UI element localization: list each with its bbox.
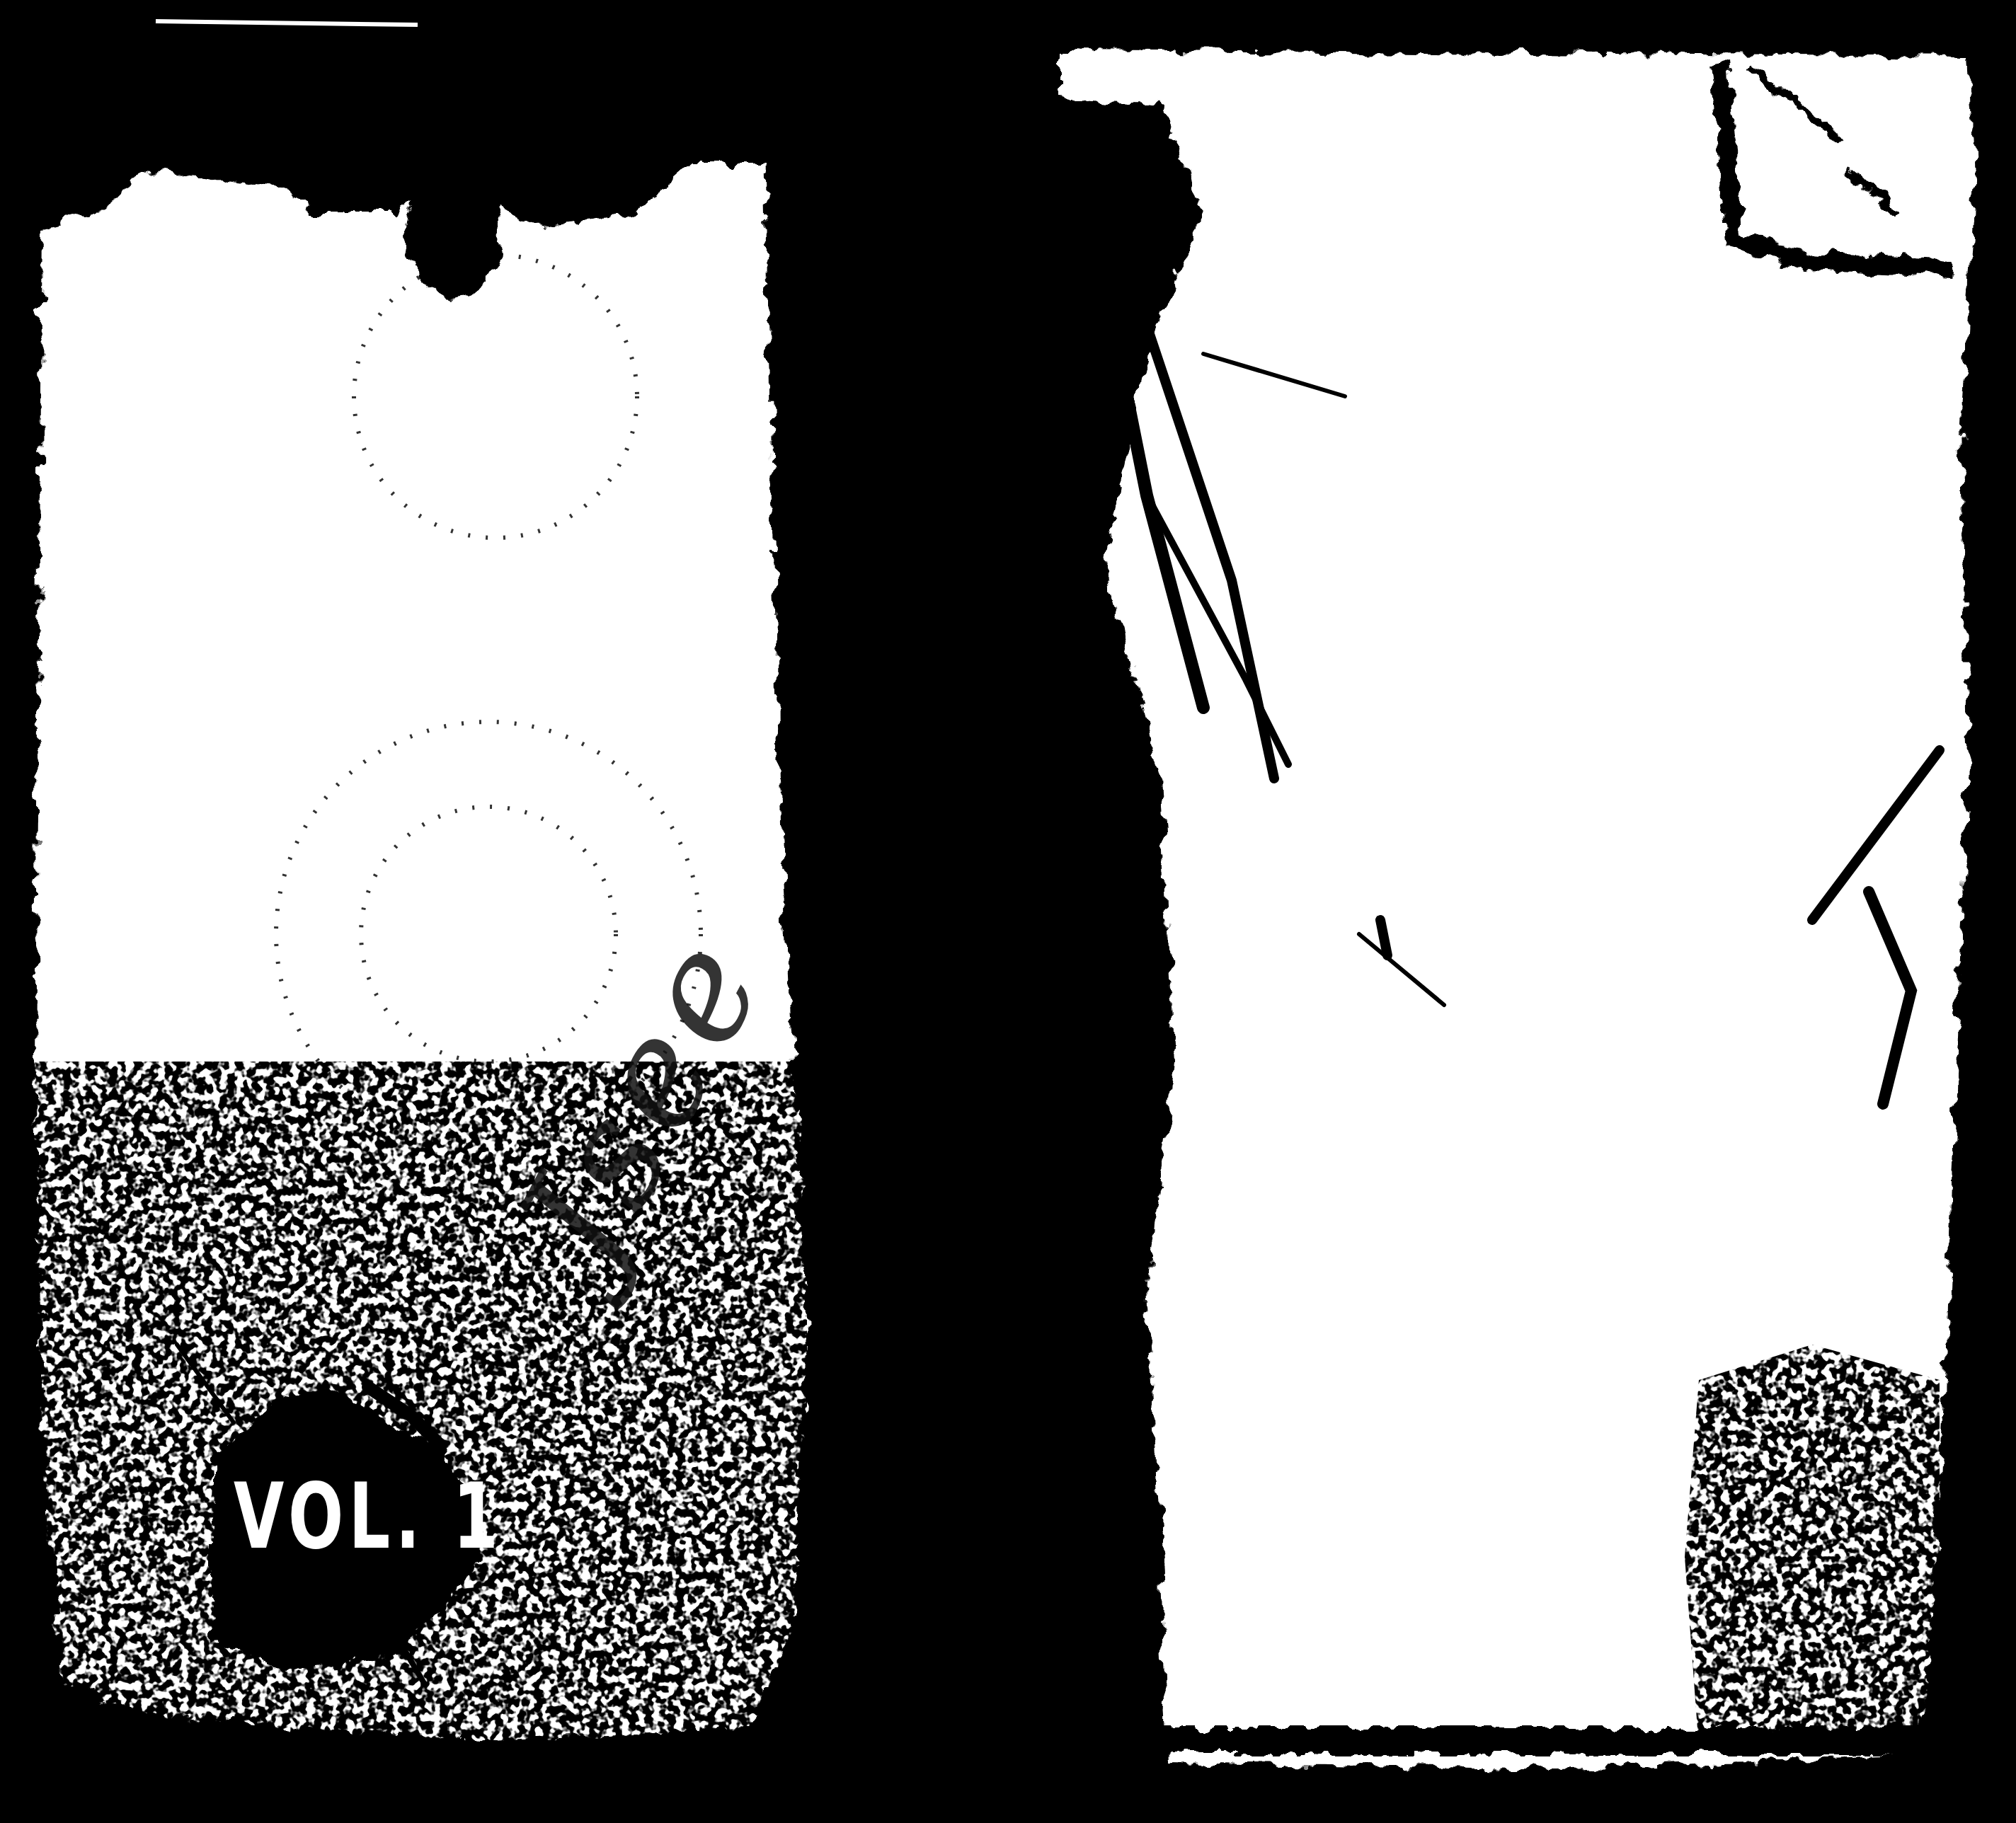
top-scratch [156, 21, 418, 25]
spine [878, 57, 991, 1769]
volume-label: VOL. 1 [234, 1472, 503, 1563]
right-panel-bottom-stain [1685, 1345, 1940, 1748]
right-panel-bottom-edge [1147, 1727, 1925, 1755]
artwork-canvas: VOL. 1 Jsee [0, 0, 2016, 1823]
